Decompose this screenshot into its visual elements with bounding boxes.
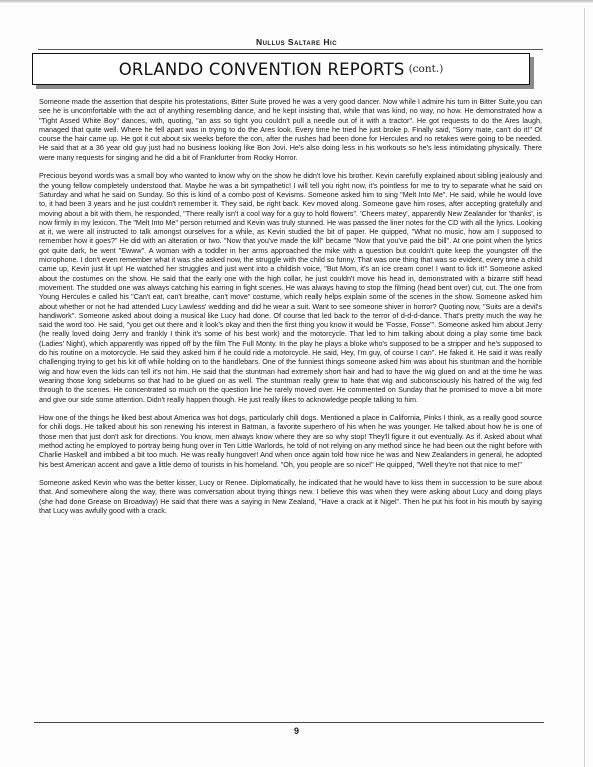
paragraph: Someone asked Kevin who was the better k…: [39, 478, 542, 515]
page-number: 9: [0, 726, 593, 736]
footer-divider: [34, 722, 544, 723]
paragraph: How one of the things he liked best abou…: [39, 413, 542, 469]
section-title: ORLANDO CONVENTION REPORTS: [119, 60, 405, 79]
paragraph: Precious beyond words was a small boy wh…: [39, 171, 542, 403]
scan-top-edge: [0, 0, 593, 3]
section-title-suffix: (cont.): [409, 63, 444, 75]
newsletter-name: Nullus Saltare Hic: [0, 37, 593, 47]
section-title-box: ORLANDO CONVENTION REPORTS (cont.): [32, 53, 530, 85]
scan-right-edge: [584, 8, 585, 767]
article-body: Someone made the assertion that despite …: [39, 97, 542, 525]
header-divider: [38, 49, 543, 50]
paragraph: Someone made the assertion that despite …: [39, 97, 542, 162]
